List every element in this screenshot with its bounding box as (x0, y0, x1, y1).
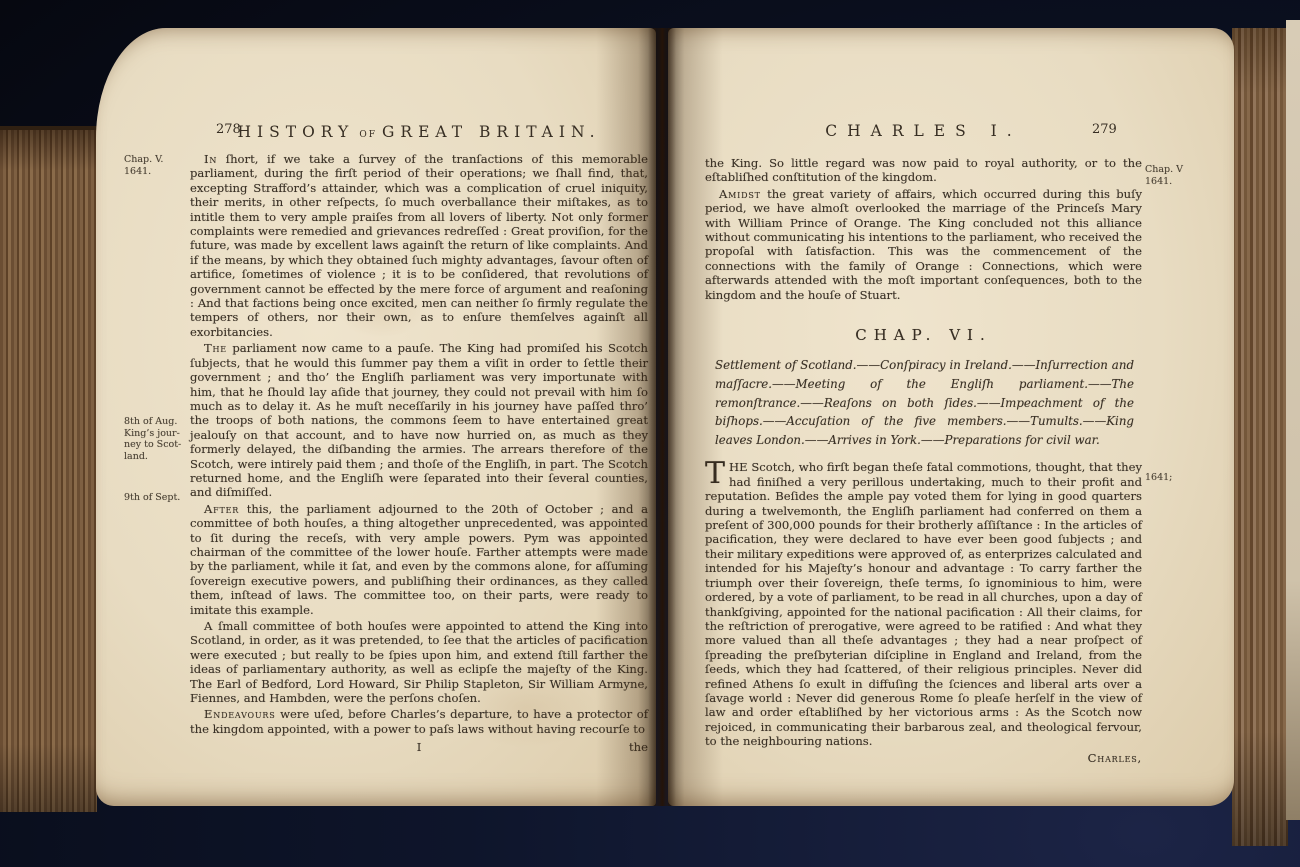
loose-page-edge (1286, 20, 1300, 820)
left-text-column: In ſhort, if we take a ſurvey of the tra… (190, 152, 648, 755)
right-page: CHARLES I. 279 Chap. V 1641. 1641; the K… (668, 28, 1234, 806)
margin-note-kings-journey: 8th of Aug. King’s jour- ney to Scot- la… (124, 416, 181, 462)
book-fore-edge-right (1232, 28, 1288, 846)
right-running-title: CHARLES I. (705, 122, 1142, 140)
paragraph-continuation: the King. So little regard was now paid … (705, 156, 1142, 185)
catchword: the (629, 740, 648, 754)
left-page: 278 HISTORY of GREAT BRITAIN. Chap. V. 1… (96, 28, 656, 806)
catchword: Charles, (1088, 751, 1142, 765)
left-running-head: 278 HISTORY of GREAT BRITAIN. (96, 122, 656, 142)
book-photograph: 278 HISTORY of GREAT BRITAIN. Chap. V. 1… (0, 0, 1300, 867)
book-gutter-shadow (648, 28, 676, 806)
paragraph: After this, the parliament adjourned to … (190, 502, 648, 617)
margin-note-year: 1641; (1145, 472, 1172, 484)
book-fore-edge-left (0, 126, 97, 812)
signature-mark: I (417, 740, 422, 754)
chapter-argument: Settlement of Scotland.——Conſpiracy in I… (715, 356, 1134, 449)
dropcap-letter: T (705, 460, 729, 486)
paragraph: Amidst the great variety of affairs, whi… (705, 187, 1142, 302)
paragraph-dropcap: THE Scotch, who firſt began theſe fatal … (705, 460, 1142, 748)
paragraph: In ſhort, if we take a ſurvey of the tra… (190, 152, 648, 339)
right-page-foot: Charles, (705, 751, 1142, 765)
paragraph: A ſmall committee of both houſes were ap… (190, 619, 648, 705)
left-page-foot: I the (190, 740, 648, 754)
chapter-heading: CHAP. VI. (705, 328, 1142, 342)
right-text-column: the King. So little regard was now paid … (705, 156, 1142, 765)
paragraph: Endeavours were uſed, before Charles’s d… (190, 707, 648, 736)
paragraph: The parliament now came to a pauſe. The … (190, 341, 648, 499)
margin-note-chapter: Chap. V. 1641. (124, 154, 163, 177)
margin-note-september: 9th of Sept. (124, 492, 180, 504)
right-running-head: CHARLES I. 279 (668, 122, 1234, 142)
margin-note-chapter: Chap. V 1641. (1145, 164, 1183, 187)
left-running-title: HISTORY of GREAT BRITAIN. (190, 122, 648, 141)
right-page-number: 279 (1092, 122, 1117, 137)
